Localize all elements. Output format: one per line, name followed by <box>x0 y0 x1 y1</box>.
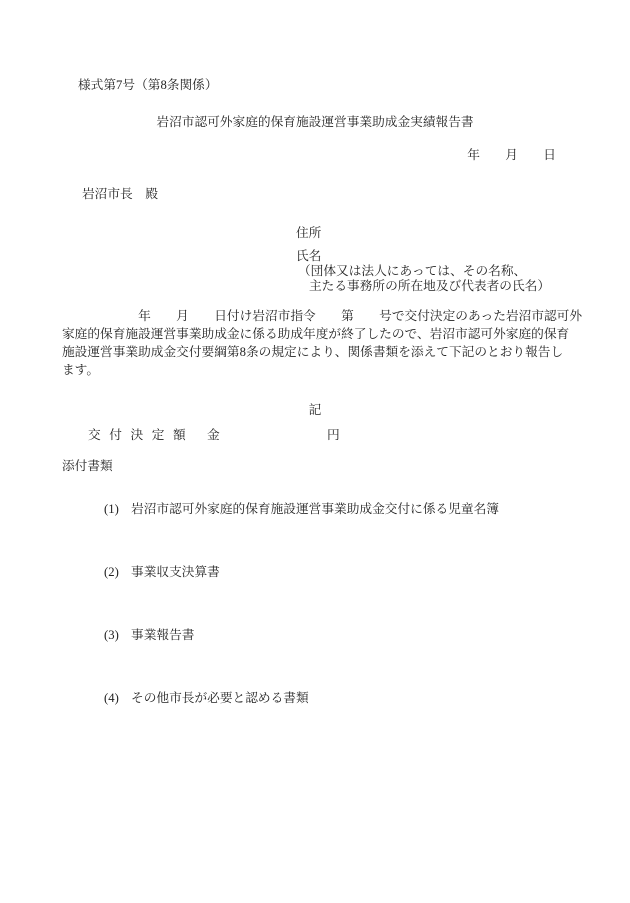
page-title: 岩沼市認可外家庭的保育施設運営事業助成金実績報告書 <box>0 115 630 130</box>
body-line: 施設運営事業助成金交付要綱第8条の規定により、関係書類を添えて下記のとおり報告し <box>62 343 582 361</box>
body-paragraph: 年 月 日付け岩沼市指令 第 号で交付決定のあった岩沼市認可外 家庭的保育施設運… <box>62 307 582 379</box>
attachment-item-text: 事業収支決算書 <box>131 565 220 579</box>
applicant-note-line-1: （団体又は法人にあっては、その名称、 <box>298 264 526 279</box>
record-marker: 記 <box>0 403 630 418</box>
form-number: 様式第7号（第8条関係） <box>78 78 218 93</box>
date-line: 年 月 日 <box>467 148 556 163</box>
attachment-item: (3)事業報告書 <box>85 604 499 667</box>
body-line: 年 月 日付け岩沼市指令 第 号で交付決定のあった岩沼市認可外 <box>62 307 582 325</box>
attachments-list: (1)岩沼市認可外家庭的保育施設運営事業助成金交付に係る児童名簿 (2)事業収支… <box>85 478 499 730</box>
attachment-item-number: (3) <box>104 625 131 646</box>
attachment-item-number: (4) <box>104 688 131 709</box>
applicant-name-label: 氏名 <box>296 249 321 264</box>
body-line: 家庭的保育施設運営事業助成金に係る助成年度が終了したので、岩沼市認可外家庭的保育 <box>62 325 582 343</box>
currency-prefix: 金 <box>207 424 220 443</box>
applicant-address-label: 住所 <box>296 226 321 241</box>
attachment-item: (2)事業収支決算書 <box>85 541 499 604</box>
attachment-item-text: 事業報告書 <box>131 628 194 642</box>
grant-amount-label: 交 付 決 定 額 <box>88 424 188 443</box>
grant-amount-line: 交 付 決 定 額 金 円 <box>0 424 630 442</box>
body-line: ます。 <box>62 361 582 379</box>
document-page: 様式第7号（第8条関係） 岩沼市認可外家庭的保育施設運営事業助成金実績報告書 年… <box>0 0 630 903</box>
attachments-heading: 添付書類 <box>62 459 113 474</box>
attachment-item-text: その他市長が必要と認める書類 <box>131 691 309 705</box>
addressee-line: 岩沼市長 殿 <box>82 187 158 202</box>
attachment-item: (1)岩沼市認可外家庭的保育施設運営事業助成金交付に係る児童名簿 <box>85 478 499 541</box>
attachment-item-number: (2) <box>104 562 131 583</box>
applicant-note-line-2: 主たる事務所の所在地及び代表者の氏名） <box>309 279 550 294</box>
attachment-item-text: 岩沼市認可外家庭的保育施設運営事業助成金交付に係る児童名簿 <box>131 502 499 516</box>
currency-suffix: 円 <box>327 424 340 443</box>
attachment-item: (4)その他市長が必要と認める書類 <box>85 667 499 730</box>
attachment-item-number: (1) <box>104 499 131 520</box>
